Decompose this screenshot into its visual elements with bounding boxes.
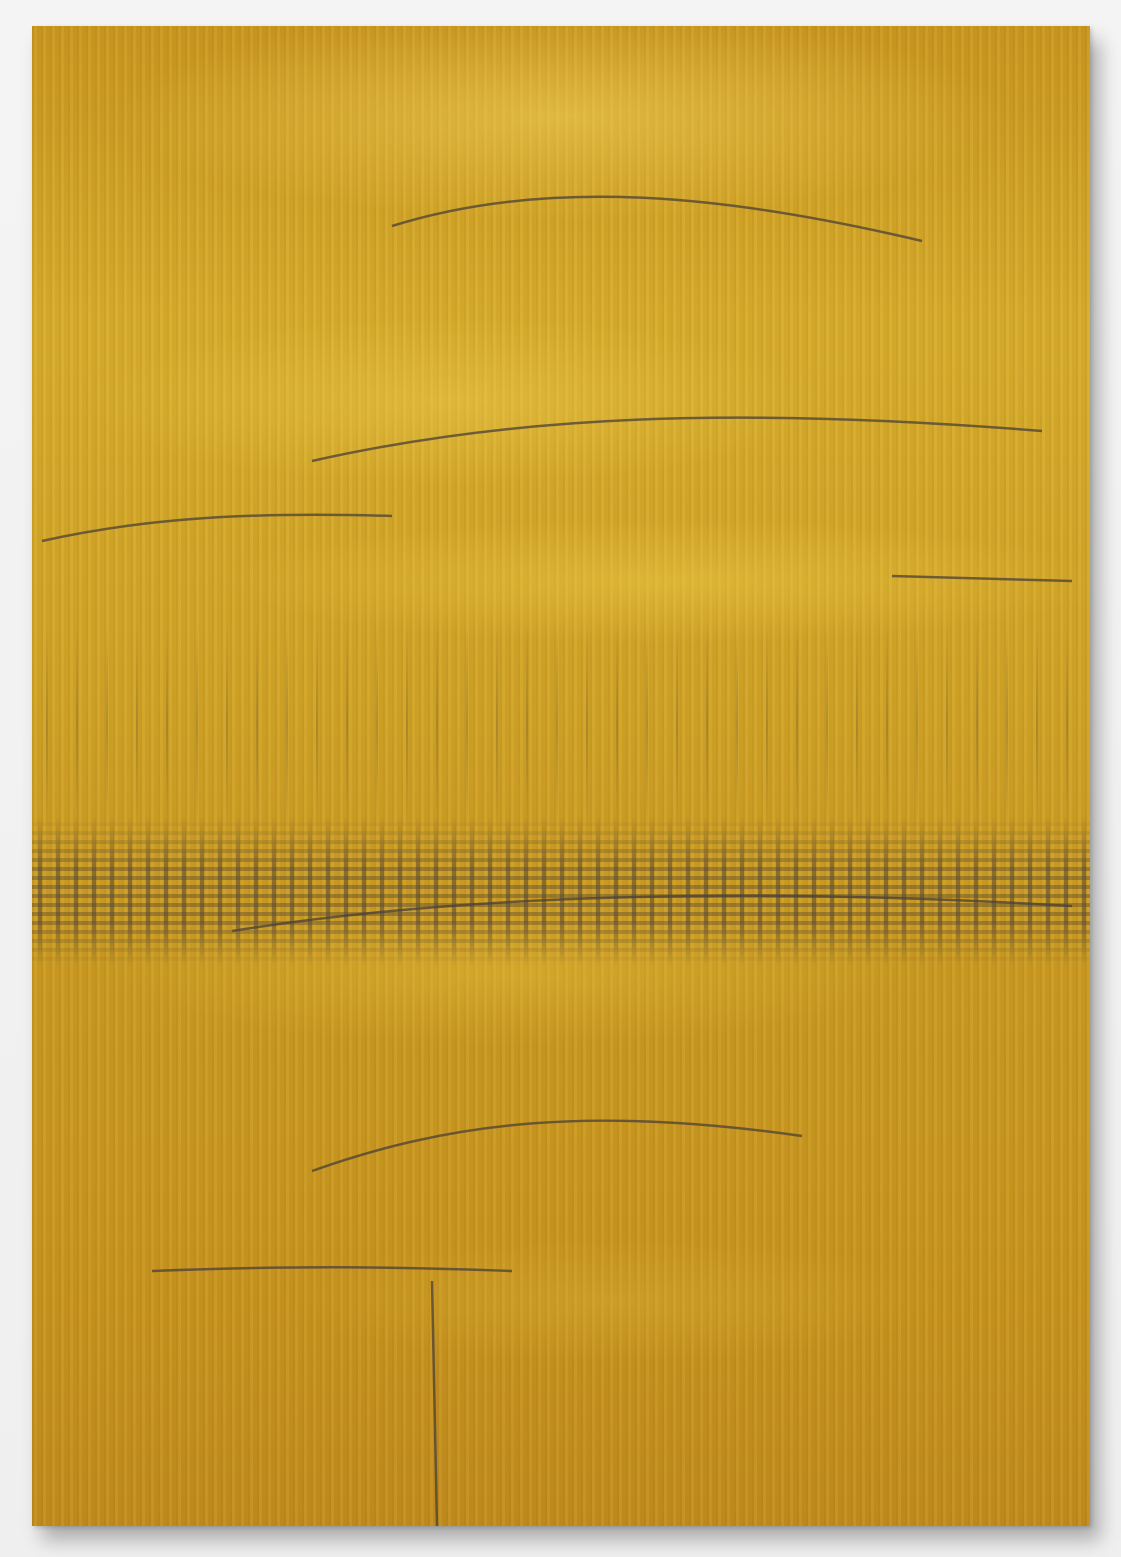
rug-brushstroke-lines [32,26,1090,1526]
background [0,0,1121,1557]
rug [32,26,1090,1526]
